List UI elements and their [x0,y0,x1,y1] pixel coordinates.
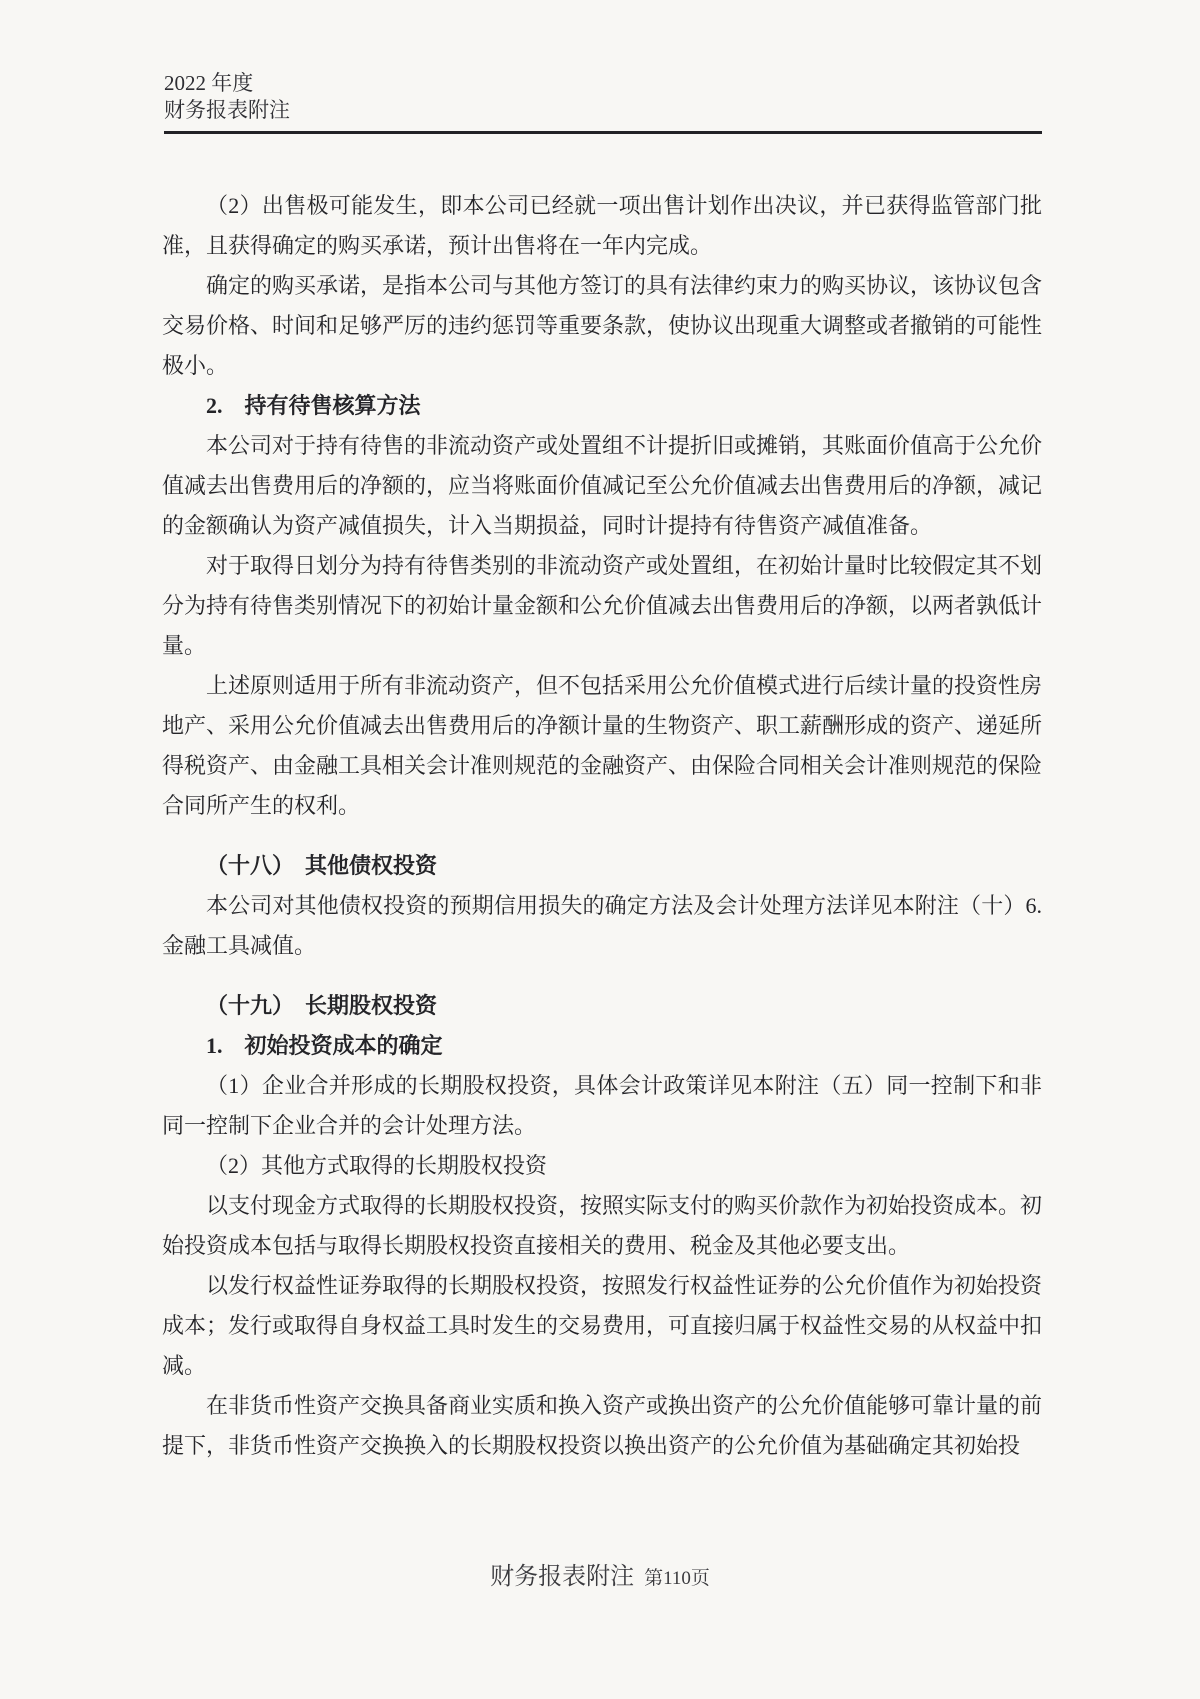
page-header: 2022 年度 财务报表附注 [0,0,1200,124]
footer-page-number: 第110页 [644,1568,710,1589]
paragraph: 以发行权益性证券取得的长期股权投资，按照发行权益性证券的公允价值作为初始投资成本… [162,1266,1042,1386]
section-heading: （十八） 其他债权投资 [162,846,1042,886]
header-year-line: 2022 年度 [164,70,1040,97]
document-page: 2022 年度 财务报表附注 （2）出售极可能发生，即本公司已经就一项出售计划作… [0,0,1200,1699]
paragraph: 对于取得日划分为持有待售类别的非流动资产或处置组，在初始计量时比较假定其不划分为… [162,546,1042,666]
section-heading: （十九） 长期股权投资 [162,986,1042,1026]
header-title-line: 财务报表附注 [164,97,1040,124]
paragraph: 以支付现金方式取得的长期股权投资，按照实际支付的购买价款作为初始投资成本。初始投… [162,1186,1042,1266]
numbered-heading: 2. 持有待售核算方法 [162,386,1042,426]
document-body: （2）出售极可能发生，即本公司已经就一项出售计划作出决议，并已获得监管部门批准，… [0,134,1200,1466]
page-footer: 财务报表附注第110页 [0,1556,1200,1591]
paragraph: 确定的购买承诺，是指本公司与其他方签订的具有法律约束力的购买协议，该协议包含交易… [162,266,1042,386]
paragraph: （1）企业合并形成的长期股权投资，具体会计政策详见本附注（五）同一控制下和非同一… [162,1066,1042,1146]
paragraph: 在非货币性资产交换具备商业实质和换入资产或换出资产的公允价值能够可靠计量的前提下… [162,1386,1042,1466]
paragraph: 上述原则适用于所有非流动资产，但不包括采用公允价值模式进行后续计量的投资性房地产… [162,666,1042,826]
paragraph: （2）出售极可能发生，即本公司已经就一项出售计划作出决议，并已获得监管部门批准，… [162,186,1042,266]
paragraph: （2）其他方式取得的长期股权投资 [162,1146,1042,1186]
footer-title: 财务报表附注 [490,1564,634,1590]
paragraph: 本公司对其他债权投资的预期信用损失的确定方法及会计处理方法详见本附注（十）6.金… [162,886,1042,966]
numbered-heading: 1. 初始投资成本的确定 [162,1026,1042,1066]
paragraph: 本公司对于持有待售的非流动资产或处置组不计提折旧或摊销，其账面价值高于公允价值减… [162,426,1042,546]
